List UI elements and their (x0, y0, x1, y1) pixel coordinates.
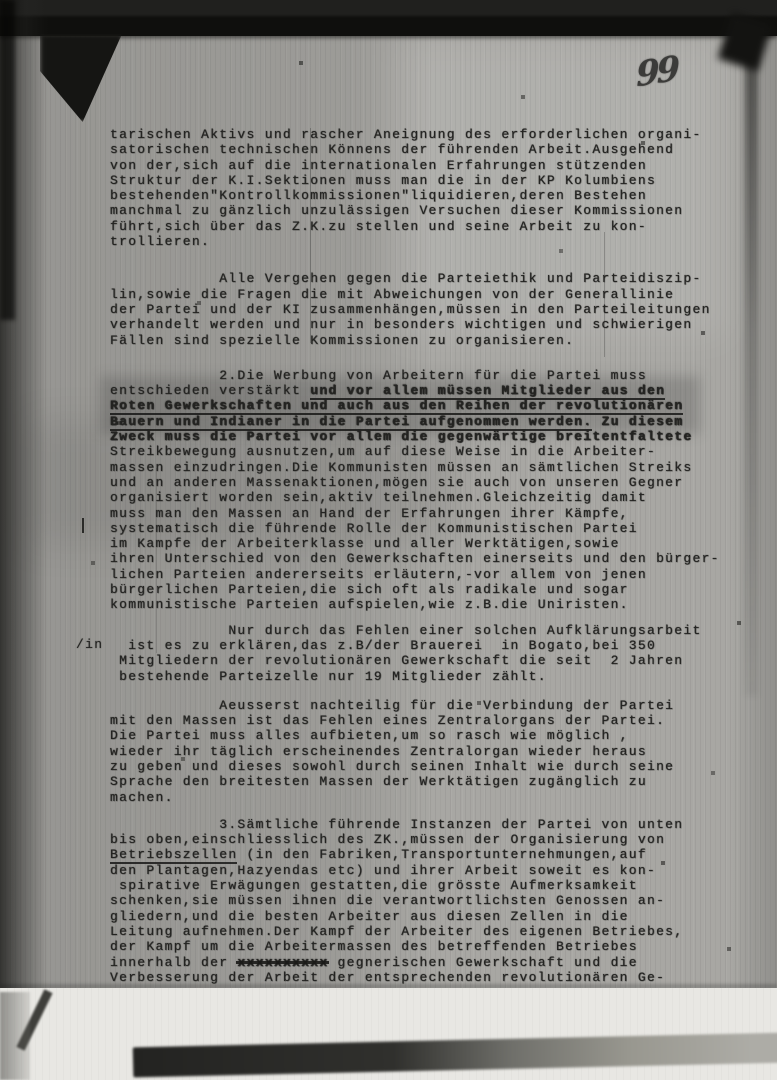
text-line: Nur durch das Fehlen einer solchen Aufkl… (110, 623, 730, 638)
text-line: massen einzudringen.Die Kommunisten müss… (110, 460, 730, 475)
text-line: Sprache den breitesten Massen der Werktä… (110, 774, 730, 789)
paragraph: 2.Die Werbung von Arbeitern für die Part… (110, 368, 730, 613)
text-line: mit den Massen ist das Fehlen eines Zent… (110, 713, 730, 728)
text-line: 2.Die Werbung von Arbeitern für die Part… (110, 368, 730, 383)
text-segment: gegnerischen Gewerkschaft und die (328, 955, 637, 970)
margin-note: /in (76, 637, 103, 652)
text-line: innerhalb der xxxxxxxxxx gegnerischen Ge… (110, 955, 730, 970)
text-line: Struktur der K.I.Sektionen muss man die … (110, 173, 730, 188)
scan-left-edge-dark (0, 0, 15, 320)
scan-edge-blob (718, 13, 773, 72)
dust-specks (0, 0, 2, 2)
text-line: ist es zu erklären,das z.B/der Brauerei … (110, 638, 730, 653)
text-segment: innerhalb der (110, 955, 237, 970)
text-line: muss man den Massen an Hand der Erfahrun… (110, 506, 730, 521)
text-segment: Zu diesem (592, 414, 683, 429)
text-line: von der,sich auf die internationalen Erf… (110, 158, 730, 173)
text-line: trollieren. (110, 234, 730, 249)
text-line: tarischen Aktivs und rascher Aneignung d… (110, 127, 730, 142)
text-line: 3.Sämtliche führende Instanzen der Parte… (110, 817, 730, 832)
text-line: bis oben,einschliesslich des ZK.,müssen … (110, 832, 730, 847)
text-segment: (in den Fabriken,Transportunternehmungen… (237, 847, 647, 862)
scan-bottom-left-marks (0, 992, 30, 1080)
paragraph: tarischen Aktivs und rascher Aneignung d… (110, 127, 730, 249)
text-line: kommunistische Parteien aufspielen,wie z… (110, 597, 730, 612)
scan-streak-right (745, 36, 758, 696)
text-line: den Plantagen,Hazyendas etc) und ihrer A… (110, 863, 730, 878)
text-line: führt,sich über das Z.K.zu stellen und s… (110, 219, 730, 234)
text-line: ihren Unterschied von den Gewerkschaften… (110, 551, 730, 566)
text-line: lin,sowie die Fragen die mit Abweichunge… (110, 287, 730, 302)
text-line: machen. (110, 790, 730, 805)
paragraph: Aeusserst nachteilig für die Verbindung … (110, 698, 730, 805)
scan-bottom-diagonal-mark (16, 989, 52, 1050)
text-line: bürgerlichen Parteien,die sich oft als r… (110, 582, 730, 597)
text-line: verhandelt werden und nur in besonders w… (110, 317, 730, 332)
underlined-text: Betriebszellen (110, 847, 237, 864)
document-text: tarischen Aktivs und rascher Aneignung d… (110, 127, 730, 985)
text-line: Mitgliedern der revolutionären Gewerksch… (110, 653, 730, 668)
scan-left-edge (0, 0, 48, 995)
text-line: im Kampfe der Arbeiterklasse und aller W… (110, 536, 730, 551)
scan-bottom-strip (0, 988, 777, 1080)
text-line: und an anderen Massenaktionen,mögen sie … (110, 475, 730, 490)
text-line: gliedern,und die besten Arbeiter aus die… (110, 909, 730, 924)
text-line: organisiert worden sein,aktiv teilnehmen… (110, 490, 730, 505)
overstruck-text: xxxxxxxxxx (237, 955, 328, 970)
text-line: Betriebszellen (in den Fabriken,Transpor… (110, 847, 730, 862)
pen-tick-mark (82, 518, 84, 533)
text-line: Zweck muss die Partei vor allem die gege… (110, 429, 730, 444)
text-line: lichen Parteien andererseits erläutern,-… (110, 567, 730, 582)
text-line: Bauern und Indianer in die Partei aufgen… (110, 414, 730, 429)
text-line: der Kampf um die Arbeitermassen des betr… (110, 939, 730, 954)
text-line: Streikbewegung ausnutzen,um auf diese We… (110, 444, 730, 459)
text-line: bestehenden"Kontrollkommissionen"liquidi… (110, 188, 730, 203)
paragraph: Alle Vergehen gegen die Parteiethik und … (110, 271, 730, 347)
text-line: zu geben und dieses sowohl durch seinen … (110, 759, 730, 774)
text-line: schenken,sie müssen ihnen die verantwort… (110, 893, 730, 908)
scan-top-edge (0, 0, 777, 36)
text-line: systematisch die führende Rolle der Komm… (110, 521, 730, 536)
text-line: der Partei und der KI zusammenhängen,müs… (110, 302, 730, 317)
text-line: spirative Erwägungen gestatten,die gröss… (110, 878, 730, 893)
text-segment: Zweck muss die Partei vor allem die gege… (110, 429, 692, 444)
text-line: entschieden verstärkt und vor allem müss… (110, 383, 730, 398)
page-number-handwritten: 99 (636, 49, 678, 96)
scan-corner-wedge (40, 34, 122, 122)
text-line: manchmal zu gänzlich unzulässigen Versuc… (110, 203, 730, 218)
scan-bottom-smudge (133, 1033, 777, 1078)
text-line: Roten Gewerkschaften und auch aus den Re… (110, 398, 730, 413)
text-line: bestehende Parteizelle nur 19 Mitglieder… (110, 669, 730, 684)
text-line: Verbesserung der Arbeit der entsprechend… (110, 970, 730, 985)
text-segment: entschieden verstärkt (110, 383, 310, 398)
paragraph: Nur durch das Fehlen einer solchen Aufkl… (110, 623, 730, 684)
paragraph: 3.Sämtliche führende Instanzen der Parte… (110, 817, 730, 985)
text-line: wieder ihr täglich erscheinendes Zentral… (110, 744, 730, 759)
text-line: Die Partei muss alles aufbieten,um so ra… (110, 728, 730, 743)
text-line: Leitung aufnehmen.Der Kampf der Arbeiter… (110, 924, 730, 939)
text-line: Fällen sind spezielle Kommissionen zu or… (110, 333, 730, 348)
text-line: Alle Vergehen gegen die Parteiethik und … (110, 271, 730, 286)
text-line: satorischen technischen Könnens der führ… (110, 142, 730, 157)
text-line: Aeusserst nachteilig für die Verbindung … (110, 698, 730, 713)
scanned-document-page: 99 /in tarischen Aktivs und rascher Anei… (0, 0, 777, 1080)
